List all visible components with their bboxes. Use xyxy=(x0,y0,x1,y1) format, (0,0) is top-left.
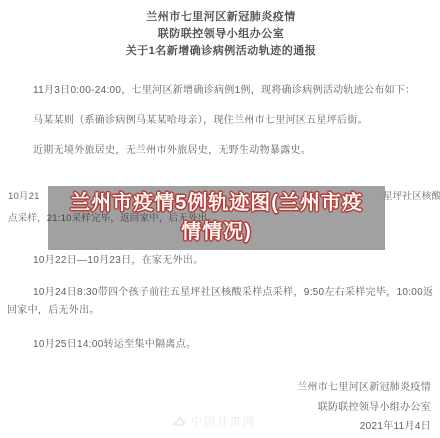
watermark-text: 中国甘肃网 xyxy=(191,413,256,429)
paragraph-summary: 11月3日0:00-24:00，七里河区新增确诊病例1例，现将确诊病例活动轨迹公… xyxy=(7,82,435,100)
signature-org-line-1: 兰州市七里河区新冠肺炎疫情 xyxy=(7,378,431,398)
embedded-trajectory-image[interactable]: 10月21 星坪社区核酸采样 点采样，21:10采样完毕，返回家中，后无外出。 … xyxy=(0,170,440,252)
image-bg-text-right: 星坪社区核酸采样 xyxy=(383,190,440,203)
article-page: 兰州市七里河区新冠肺炎疫情 联防联控领导小组办公室 关于1名新增确诊病例活动轨迹… xyxy=(0,0,440,438)
paragraph-oct22-23: 10月22日—10月23日，在家无外出。 xyxy=(7,252,435,270)
image-gray-overlay: 兰州市疫情5例轨迹图(兰州市疫情情况) xyxy=(48,186,385,250)
paragraph-travel-history: 近期无境外旅居史，无兰州市外旅居史，无野生动物暴露史。 xyxy=(7,142,435,160)
gansu-net-logo-icon xyxy=(172,414,187,429)
header-org-line-1: 兰州市七里河区新冠肺炎疫情 xyxy=(7,9,435,26)
paragraph-oct25: 10月25日14:00转运至集中隔离点。 xyxy=(7,336,435,354)
image-overlay-title: 兰州市疫情5例轨迹图(兰州市疫情情况) xyxy=(61,189,373,247)
paragraph-oct24: 10月24日8:30带四个孩子前往五星坪社区核酸采样点采样，9:50左右采样完毕… xyxy=(7,284,435,320)
notice-header: 兰州市七里河区新冠肺炎疫情 联防联控领导小组办公室 关于1名新增确诊病例活动轨迹… xyxy=(7,9,435,60)
paragraph-case-info: 马某某则（系确诊病例马某某哈母亲），现住兰州市七里河区五星坪后街。 xyxy=(7,112,435,130)
watermark: 中国甘肃网 xyxy=(172,413,256,429)
header-title-line: 关于1名新增确诊病例活动轨迹的通报 xyxy=(7,43,435,60)
header-org-line-2: 联防联控领导小组办公室 xyxy=(7,26,435,43)
image-bg-text-left: 10月21 xyxy=(8,190,40,203)
